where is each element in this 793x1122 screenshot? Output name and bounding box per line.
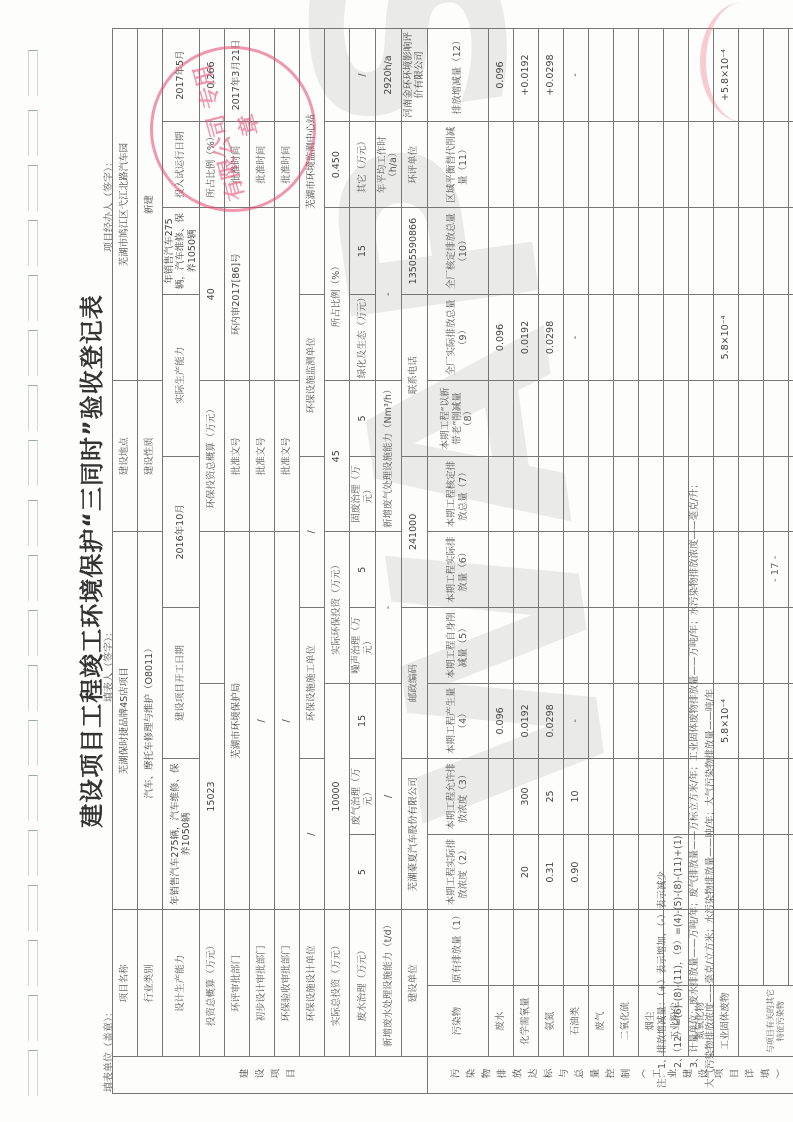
- field-value: 241000: [401, 456, 427, 607]
- pollutant-value: [513, 910, 538, 986]
- pollutant-value: [563, 208, 588, 294]
- pollutant-value: [613, 759, 638, 835]
- note-line: 3、计量单位：废水排放量——万吨/年；废气排放量——万标立方米/年；工业固体废物…: [687, 479, 703, 1088]
- pollutant-value: 0.096: [488, 683, 513, 759]
- pollutant-value: [613, 381, 638, 457]
- pollutant-value: [763, 910, 788, 986]
- pollutant-value: [513, 608, 538, 684]
- pollutant-value: [563, 910, 588, 986]
- field-value: 芜湖保时捷品牌4S店项目: [113, 532, 138, 910]
- pollutant-value: [488, 834, 513, 910]
- pollutant-value: 0.0298: [538, 683, 563, 759]
- field-label: 邮政编码: [401, 608, 427, 759]
- field-label: 新增废气处理设施能力（Nm³/h）: [375, 381, 401, 532]
- field-label: 批准文号: [225, 381, 250, 532]
- pollutant-value: +0.0298: [538, 29, 563, 122]
- field-value: /: [275, 532, 300, 910]
- pollutant-value: [763, 683, 788, 759]
- pollutant-value: [588, 122, 613, 208]
- pollutant-value: [488, 910, 513, 986]
- field-value: 2016年10月: [163, 456, 200, 607]
- pollutant-value: [763, 381, 788, 457]
- field-value: 5: [350, 381, 376, 457]
- pollutant-row: 废气: [588, 29, 613, 1094]
- pollutant-value: [488, 456, 513, 532]
- red-mark: [700, 2, 786, 122]
- pollutant-value: [738, 294, 763, 380]
- pollutant-value: [713, 381, 738, 457]
- pollutant-value: [588, 834, 613, 910]
- pollutant-value: 0.90: [563, 834, 588, 910]
- pollutant-value: [738, 910, 763, 986]
- pollutant-value: [513, 532, 538, 608]
- pollutant-value: [663, 208, 688, 294]
- pollutant-value: 0.0298: [538, 294, 563, 380]
- field-label: 实际生产能力: [163, 294, 200, 456]
- field-label: 建设单位: [401, 910, 427, 1057]
- pollutant-name: 废气: [588, 986, 613, 1057]
- pollutant-value: [513, 122, 538, 208]
- pollutant-value: [788, 456, 793, 532]
- pollutant-value: [663, 294, 688, 380]
- pollutant-value: [763, 122, 788, 208]
- field-label: 固废治理（万元）: [350, 456, 376, 532]
- pollutant-row: 化学需氧量203000.01920.0192+0.0192: [513, 29, 538, 1094]
- project-row: 新增废水处理设施能力（t/d）/-新增废气处理设施能力（Nm³/h）-年平均工作…: [375, 29, 401, 1094]
- pollutant-value: 0.096: [488, 294, 513, 380]
- pollutant-value: [613, 608, 638, 684]
- project-row: 行业类别汽车、摩托车修理与维护（O8011）建设性质新建: [138, 29, 163, 1094]
- field-value: [325, 29, 350, 122]
- pollutant-value: [738, 122, 763, 208]
- field-label: 建设地点: [113, 381, 138, 532]
- pollutant-value: [613, 208, 638, 294]
- pollutant-value: [513, 208, 538, 294]
- column-header: 污染物: [427, 986, 488, 1057]
- field-value: 45: [325, 381, 350, 532]
- pollutant-value: [713, 122, 738, 208]
- field-label: 实际环保投资（万元）: [325, 532, 350, 683]
- field-label: 环保设施设计单位: [300, 910, 325, 1057]
- column-header: 本期工程产生量（4）: [427, 683, 488, 759]
- pollutant-header-row: 污染物排放达标与总量控制（工业建设项目详填）污染物原有排放量（1）本期工程实际排…: [427, 29, 488, 1094]
- field-value: 10000: [325, 683, 350, 910]
- pollutant-value: [763, 759, 788, 835]
- field-value: 5: [350, 532, 376, 608]
- note-line: 大气污染物排放浓度——毫克/立方米；水污染物排放量——吨/年；大气污染物排放量—…: [703, 479, 719, 1088]
- pollutant-value: [688, 208, 713, 294]
- pollutant-value: [563, 122, 588, 208]
- project-row: 环保设施设计单位/环保设施施工单位/环保设施监测单位芜湖市环境监测中心站: [300, 29, 325, 1094]
- pollutant-value: -: [563, 294, 588, 380]
- pollutant-value: [663, 29, 688, 122]
- pollutant-value: [588, 532, 613, 608]
- note-line: 2、（12）=(6)-(8)-(11)，（9）=(4)-(5)-(8)-(11)…: [671, 479, 687, 1088]
- pollutant-row: 二氧化硫: [613, 29, 638, 1094]
- pollutant-name: 氨氮: [538, 986, 563, 1057]
- field-value: 年销售汽车275辆，汽车维修、保养1050辆: [163, 759, 200, 910]
- pollutant-value: [788, 683, 793, 759]
- pollutant-value: [588, 294, 613, 380]
- field-label: 环保设施监测单位: [300, 294, 325, 456]
- pollutant-value: 0.096: [488, 29, 513, 122]
- other-pollutant-row: 与项目有关的其它特征污染物: [738, 29, 763, 1094]
- field-label: 初步设计审批部门: [250, 910, 275, 1057]
- pollutant-value: [788, 208, 793, 294]
- pollutant-value: [613, 834, 638, 910]
- column-header: 全厂核定排放总量（10）: [427, 208, 488, 294]
- field-value: 0.450: [325, 122, 350, 208]
- pollutant-value: [763, 208, 788, 294]
- column-header: 全厂实际排放总量（9）: [427, 294, 488, 380]
- pollutant-value: [488, 122, 513, 208]
- pollutant-value: [788, 381, 793, 457]
- column-header: 本期工程允许排放浓度（3）: [427, 759, 488, 835]
- field-value: 芜湖市鸠江区弋江北路汽车园: [113, 29, 138, 381]
- field-value: 新建: [138, 29, 163, 381]
- field-label: 年平均工作时（h/a）: [375, 122, 401, 208]
- pollutant-value: [638, 381, 663, 457]
- pollutant-value: [638, 29, 663, 122]
- pollutant-value: [788, 122, 793, 208]
- pollutant-value: [588, 608, 613, 684]
- pollutant-name: 二氧化硫: [613, 986, 638, 1057]
- field-value: [275, 208, 300, 381]
- pollutant-value: [563, 381, 588, 457]
- field-value: -: [375, 532, 401, 683]
- pollutant-value: [538, 608, 563, 684]
- pollutant-value: 5.8×10⁻⁴: [713, 294, 738, 380]
- field-label: 环保设施施工单位: [300, 608, 325, 759]
- field-label: 所占比例（%）: [325, 208, 350, 381]
- field-value: /: [375, 683, 401, 910]
- field-value: 15023: [200, 683, 225, 910]
- column-header: 区域平衡替代削减量（11）: [427, 122, 488, 208]
- pollutant-value: [738, 381, 763, 457]
- pollutant-value: [788, 294, 793, 380]
- pollutant-row: 石油类0.9010---: [563, 29, 588, 1094]
- column-header: 原有排放量（1）: [427, 910, 488, 986]
- pollutant-value: [513, 456, 538, 532]
- pollutant-value: [613, 532, 638, 608]
- field-value: 河南金环环境影响评价有限公司: [401, 29, 427, 122]
- pollutant-value: [663, 122, 688, 208]
- pollutant-name: 石油类: [563, 986, 588, 1057]
- column-header: 本期工程实际排放量（6）: [427, 532, 488, 608]
- other-pollutant-label: 与项目有关的其它特征污染物: [738, 986, 793, 1057]
- pollutant-value: [613, 29, 638, 122]
- field-label: 行业类别: [138, 910, 163, 1057]
- field-value: [200, 532, 225, 683]
- pollutant-value: [538, 381, 563, 457]
- pollutant-value: 300: [513, 759, 538, 835]
- project-row: 废水治理（万元）5废气治理（万元）15噪声治理（万元）5固废治理（万元）5绿化及…: [350, 29, 376, 1094]
- project-row: 实际总投资（万元）10000实际环保投资（万元）45所占比例（%）0.450: [325, 29, 350, 1094]
- field-label: 联系电话: [401, 294, 427, 456]
- pollutant-value: [588, 456, 613, 532]
- pollutant-value: [738, 683, 763, 759]
- pollutant-value: 0.0192: [513, 294, 538, 380]
- field-label: 批准文号: [250, 381, 275, 532]
- pollutant-value: [788, 759, 793, 835]
- pollutant-value: [788, 910, 793, 986]
- pollutant-value: [788, 834, 793, 910]
- pollutant-value: [588, 381, 613, 457]
- pollutant-row: 氨氮0.31250.02980.0298+0.0298: [538, 29, 563, 1094]
- field-label: 新增废水处理设施能力（t/d）: [375, 910, 401, 1057]
- pollutant-value: [488, 608, 513, 684]
- field-value: /: [300, 456, 325, 607]
- field-value: 15: [350, 683, 376, 759]
- pollutant-value: [563, 532, 588, 608]
- project-row: 建设单位芜湖豪夏汽车股份有限公司邮政编码241000联系电话1350559086…: [401, 29, 427, 1094]
- pollutant-value: [738, 759, 763, 835]
- pollutant-value: [688, 294, 713, 380]
- rotated-sheet: WAPS 建设项目工程竣工环境保护“三同时”验收登记表 填表单位（盖章）： 填表…: [0, 0, 793, 1122]
- pollutant-value: -: [563, 29, 588, 122]
- pollutant-value: [788, 608, 793, 684]
- field-label: 建设项目开工日期: [163, 608, 200, 759]
- pollutant-value: [688, 122, 713, 208]
- field-label: 环评单位: [401, 122, 427, 208]
- field-value: 年销售汽车275辆，汽车维修、保养1050辆: [163, 208, 200, 294]
- pollutant-value: 10: [563, 759, 588, 835]
- field-label: 建设性质: [138, 381, 163, 532]
- pollutant-value: [763, 294, 788, 380]
- pollutant-value: [588, 910, 613, 986]
- pollutant-value: 0.31: [538, 834, 563, 910]
- field-value: 芜湖市环境保护局: [225, 532, 250, 910]
- pollutant-value: [663, 381, 688, 457]
- pollutant-value: [488, 532, 513, 608]
- pollutant-value: [788, 29, 793, 122]
- field-label: 实际总投资（万元）: [325, 910, 350, 1057]
- field-value: /: [300, 759, 325, 910]
- field-label: 批准文号: [275, 381, 300, 532]
- field-label: 其它（万元）: [350, 122, 376, 208]
- field-value: 环内审2017[86]号: [225, 208, 250, 381]
- pollutant-value: [563, 608, 588, 684]
- pollutant-value: [588, 208, 613, 294]
- pollutant-value: [738, 532, 763, 608]
- field-value: 40: [200, 208, 225, 381]
- pollutant-value: [613, 910, 638, 986]
- field-value: /: [350, 29, 376, 122]
- pollutant-value: [563, 456, 588, 532]
- column-header: 排放增减量（12）: [427, 29, 488, 122]
- section-label: 建设项目: [113, 1057, 428, 1094]
- field-value: /: [250, 532, 275, 910]
- pollutant-value: [613, 294, 638, 380]
- field-label: 绿化及生态（万元）: [350, 294, 376, 380]
- pollutant-value: [763, 834, 788, 910]
- page-number: - 17 -: [770, 556, 781, 582]
- other-pollutant-row: [788, 29, 793, 1094]
- pollutant-value: [538, 456, 563, 532]
- pollutant-value: [688, 381, 713, 457]
- pollutant-value: [613, 683, 638, 759]
- pollutant-value: [538, 910, 563, 986]
- column-header: 本期工程“以新带老”削减量（8）: [427, 381, 488, 457]
- field-label: 噪声治理（万元）: [350, 608, 376, 684]
- column-header: 本期工程自身削减量（5）: [427, 608, 488, 684]
- column-header: 本期工程核定排放总量（7）: [427, 456, 488, 532]
- pollutant-value: [513, 381, 538, 457]
- pollutant-name: 废水: [488, 986, 513, 1057]
- pollutant-value: [488, 208, 513, 294]
- pollutant-value: [538, 532, 563, 608]
- field-label: 废水治理（万元）: [350, 910, 376, 1057]
- pollutant-value: [588, 683, 613, 759]
- field-value: 13505590866: [401, 208, 427, 294]
- pollutant-value: 0.0192: [513, 683, 538, 759]
- pollutant-section-label: 污染物排放达标与总量控制（工业建设项目详填）: [427, 1057, 793, 1094]
- pollutant-value: [763, 456, 788, 532]
- field-label: 废气治理（万元）: [350, 759, 376, 835]
- pollutant-value: [588, 29, 613, 122]
- pollutant-value: [613, 456, 638, 532]
- field-value: 15: [350, 208, 376, 294]
- pollutant-value: [638, 208, 663, 294]
- pollutant-value: [713, 208, 738, 294]
- field-label: 环保验收审批部门: [275, 910, 300, 1057]
- pollutant-value: -: [563, 683, 588, 759]
- pollutant-value: [738, 456, 763, 532]
- pollutant-value: +0.0192: [513, 29, 538, 122]
- pollutant-value: [738, 834, 763, 910]
- field-label: 环保投资总概算（万元）: [200, 381, 225, 532]
- field-label: 设计生产能力: [163, 910, 200, 1057]
- pollutant-name: 化学需氧量: [513, 986, 538, 1057]
- field-label: 项目名称: [113, 910, 138, 1057]
- pollutant-value: [538, 208, 563, 294]
- field-value: -: [375, 208, 401, 381]
- pollutant-value: [788, 532, 793, 608]
- notes: 注：1、排放增减量：（+）表示增加，（-）表示减少 2、（12）=(6)-(8)…: [655, 479, 719, 1088]
- field-label: 投资总概算（万元）: [200, 910, 225, 1057]
- pollutant-value: [613, 122, 638, 208]
- pollutant-value: [763, 608, 788, 684]
- pollutant-value: [638, 294, 663, 380]
- field-value: [250, 208, 275, 381]
- field-label: 环评审批部门: [225, 910, 250, 1057]
- pollutant-value: 25: [538, 759, 563, 835]
- pollutant-value: [488, 759, 513, 835]
- project-row: 建设项目项目名称芜湖保时捷品牌4S店项目建设地点芜湖市鸠江区弋江北路汽车园: [113, 29, 138, 1094]
- note-line: 注：1、排放增减量：（+）表示增加，（-）表示减少: [655, 479, 671, 1088]
- field-value: 5: [350, 834, 376, 910]
- field-value: 芜湖豪夏汽车股份有限公司: [401, 759, 427, 910]
- pollutant-value: [638, 122, 663, 208]
- pollutant-value: [738, 608, 763, 684]
- field-value: 2920h/a: [375, 29, 401, 122]
- column-header: 本期工程实际排放浓度（2）: [427, 834, 488, 910]
- pollutant-value: [588, 759, 613, 835]
- pollutant-value: [488, 381, 513, 457]
- field-value: 汽车、摩托车修理与维护（O8011）: [138, 532, 163, 910]
- pollutant-value: [538, 122, 563, 208]
- pollutant-value: [738, 208, 763, 294]
- pollutant-value: 20: [513, 834, 538, 910]
- pollutant-row: 废水0.0960.0960.096: [488, 29, 513, 1094]
